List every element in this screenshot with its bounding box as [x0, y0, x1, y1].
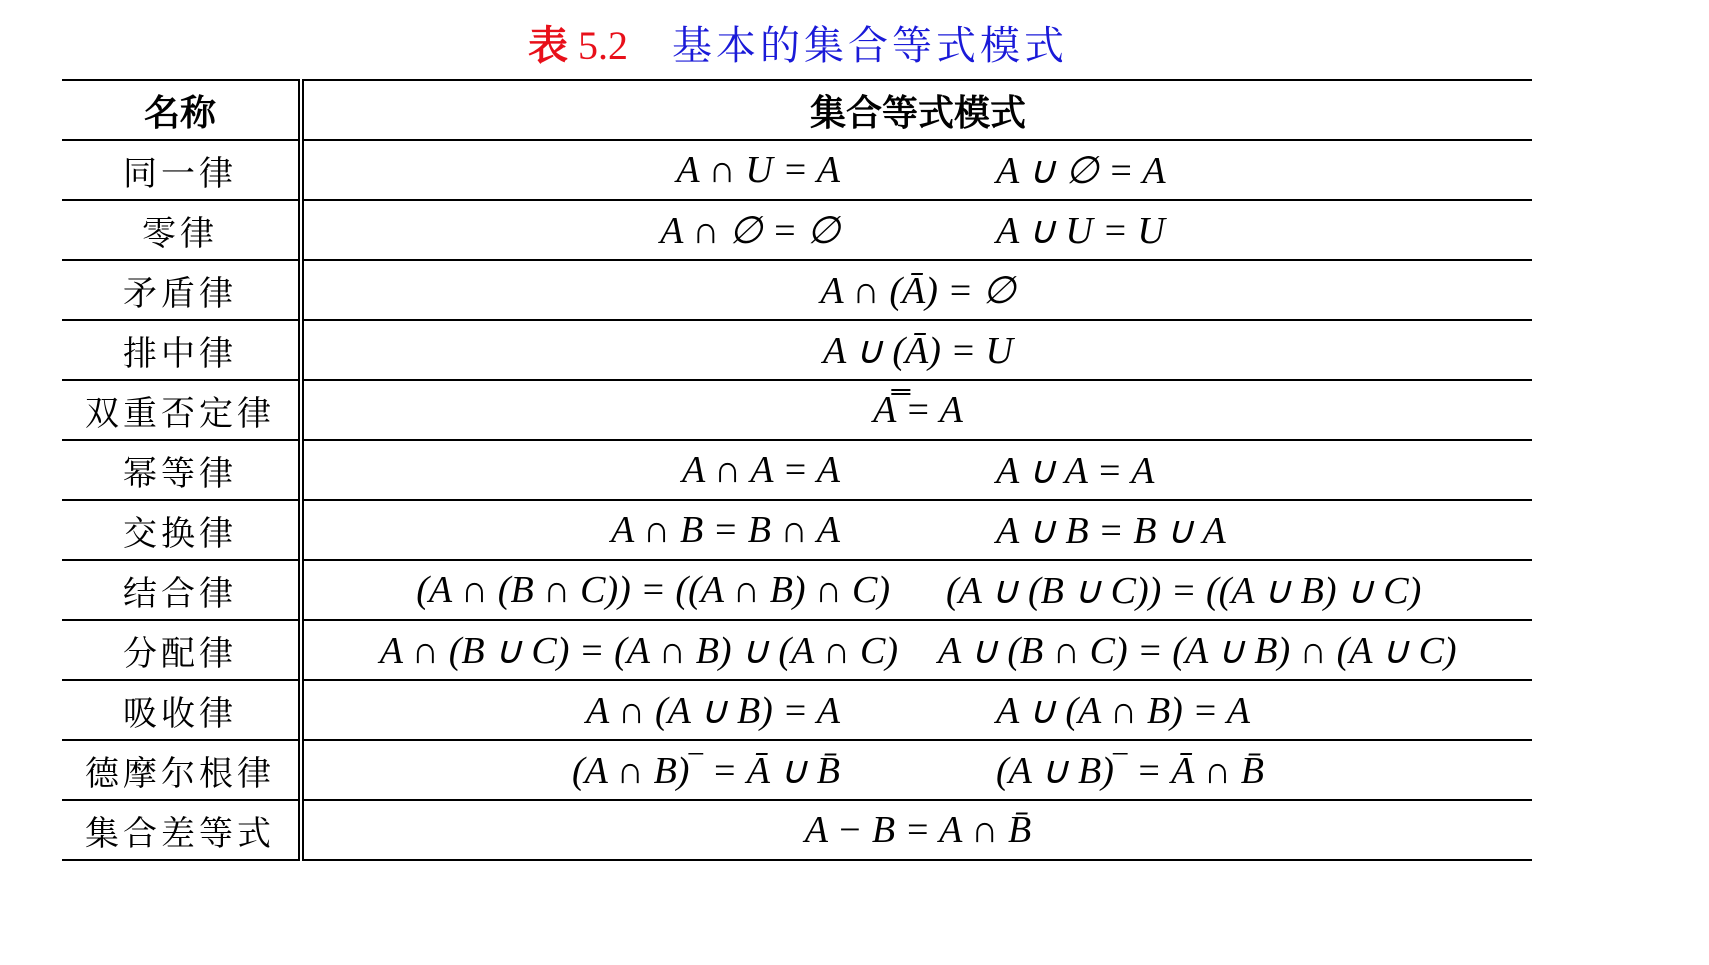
- formula-cell: (A ∩ B)‾ = Ā ∪ B̄ (A ∪ B)‾ = Ā ∩ B̄: [301, 740, 1532, 800]
- formula: A ∩ ∅ = ∅: [304, 208, 918, 253]
- formula-cell: A ∩ ∅ = ∅ A ∪ U = U: [301, 200, 1532, 260]
- table-row: 排中律 A ∪ (Ā) = U: [62, 320, 1532, 380]
- formula: (A ∪ B)‾ = Ā ∩ B̄: [918, 748, 1532, 793]
- formula-cell: A − B = A ∩ B̄: [301, 800, 1532, 860]
- law-name: 幂等律: [62, 440, 301, 500]
- formula-cell: A ∩ B = B ∩ A A ∪ B = B ∪ A: [301, 500, 1532, 560]
- formula-cell: A ∩ (Ā) = ∅: [301, 260, 1532, 320]
- law-name: 零律: [62, 200, 301, 260]
- table-row: 同一律 A ∩ U = A A ∪ ∅ = A: [62, 140, 1532, 200]
- formula-cell: (A ∩ (B ∩ C)) = ((A ∩ B) ∩ C) (A ∪ (B ∪ …: [301, 560, 1532, 620]
- formula-cell: A ∩ (A ∪ B) = A A ∪ (A ∩ B) = A: [301, 680, 1532, 740]
- formula: A ∩ (B ∪ C) = (A ∩ B) ∪ (A ∩ C): [304, 628, 918, 673]
- law-name: 吸收律: [62, 680, 301, 740]
- formula: A ∪ U = U: [918, 208, 1532, 253]
- formula-cell: A ∩ (B ∪ C) = (A ∩ B) ∪ (A ∩ C) A ∪ (B ∩…: [301, 620, 1532, 680]
- law-name: 结合律: [62, 560, 301, 620]
- set-identity-table: 名称 集合等式模式 同一律 A ∩ U = A A ∪ ∅ = A 零律 A ∩…: [62, 79, 1532, 861]
- law-name: 德摩尔根律: [62, 740, 301, 800]
- header-name: 名称: [62, 80, 301, 140]
- table-row: 双重否定律 A̿ = A: [62, 380, 1532, 440]
- caption-title: 基本的集合等式模式: [672, 23, 1068, 69]
- table-row: 矛盾律 A ∩ (Ā) = ∅: [62, 260, 1532, 320]
- table-row: 幂等律 A ∩ A = A A ∪ A = A: [62, 440, 1532, 500]
- formula: A ∪ (B ∩ C) = (A ∪ B) ∩ (A ∪ C): [918, 628, 1532, 673]
- formula: A̿ = A: [304, 388, 1532, 432]
- formula: A ∪ ∅ = A: [918, 148, 1532, 193]
- law-name: 双重否定律: [62, 380, 301, 440]
- formula: A ∩ (A ∪ B) = A: [304, 688, 918, 733]
- formula: A ∩ U = A: [304, 148, 918, 193]
- law-name: 矛盾律: [62, 260, 301, 320]
- caption-label: 表: [528, 23, 568, 69]
- table-caption: 表5.2基本的集合等式模式: [0, 16, 1596, 76]
- law-name: 排中律: [62, 320, 301, 380]
- table-row: 零律 A ∩ ∅ = ∅ A ∪ U = U: [62, 200, 1532, 260]
- table-row: 集合差等式 A − B = A ∩ B̄: [62, 800, 1532, 860]
- formula: A ∪ (Ā) = U: [304, 328, 1532, 373]
- table-row: 结合律 (A ∩ (B ∩ C)) = ((A ∩ B) ∩ C) (A ∪ (…: [62, 560, 1532, 620]
- formula-cell: A ∩ U = A A ∪ ∅ = A: [301, 140, 1532, 200]
- formula: A − B = A ∩ B̄: [304, 808, 1532, 852]
- table-row: 交换律 A ∩ B = B ∩ A A ∪ B = B ∪ A: [62, 500, 1532, 560]
- formula: (A ∩ (B ∩ C)) = ((A ∩ B) ∩ C): [304, 568, 918, 613]
- law-name: 分配律: [62, 620, 301, 680]
- table-row: 分配律 A ∩ (B ∪ C) = (A ∩ B) ∪ (A ∩ C) A ∪ …: [62, 620, 1532, 680]
- law-name: 同一律: [62, 140, 301, 200]
- formula: A ∪ (A ∩ B) = A: [918, 688, 1532, 733]
- formula: (A ∪ (B ∪ C)) = ((A ∪ B) ∪ C): [918, 568, 1532, 613]
- formula: A ∪ B = B ∪ A: [918, 508, 1532, 553]
- formula-cell: A ∩ A = A A ∪ A = A: [301, 440, 1532, 500]
- formula-cell: A ∪ (Ā) = U: [301, 320, 1532, 380]
- law-name: 交换律: [62, 500, 301, 560]
- formula: A ∩ A = A: [304, 448, 918, 493]
- table-row: 德摩尔根律 (A ∩ B)‾ = Ā ∪ B̄ (A ∪ B)‾ = Ā ∩ B…: [62, 740, 1532, 800]
- formula: A ∩ B = B ∩ A: [304, 508, 918, 553]
- formula: A ∩ (Ā) = ∅: [304, 268, 1532, 313]
- formula-cell: A̿ = A: [301, 380, 1532, 440]
- caption-number: 5.2: [578, 23, 628, 68]
- header-formula: 集合等式模式: [301, 80, 1532, 140]
- header-row: 名称 集合等式模式: [62, 80, 1532, 140]
- formula: (A ∩ B)‾ = Ā ∪ B̄: [304, 748, 918, 793]
- formula: A ∪ A = A: [918, 448, 1532, 493]
- table-row: 吸收律 A ∩ (A ∪ B) = A A ∪ (A ∩ B) = A: [62, 680, 1532, 740]
- law-name: 集合差等式: [62, 800, 301, 860]
